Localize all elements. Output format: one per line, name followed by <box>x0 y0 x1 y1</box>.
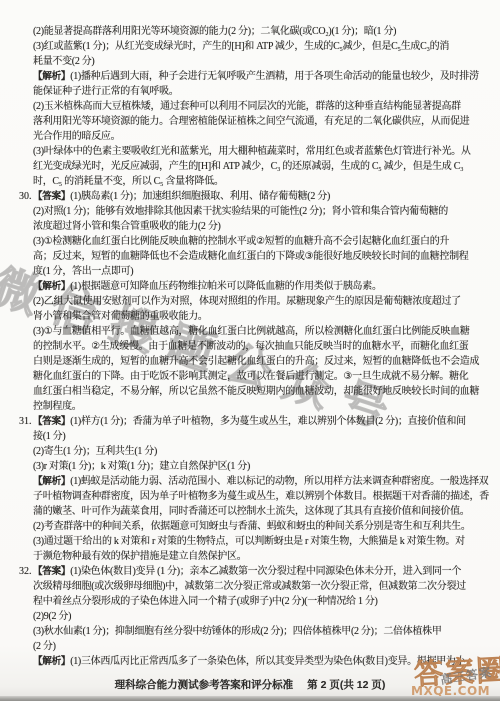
line-text: 于濒危物种最有效的保护措施是建立自然保护区。 <box>33 551 246 562</box>
text-line: 【解析】(1)根据题意可知降血压药物维拉帕米可以降低血糖的作用类似于胰岛素。 <box>0 279 500 294</box>
bold-section-marker: 【答案】 <box>33 191 70 202</box>
line-text: 高；反过来，短暂的血糖降低也不会造成糖化血红蛋白的下降或③能很好地反映较长时间的… <box>33 251 468 262</box>
text-line: (2)考查群落中的种间关系，依据题意可知蚜虫与香蒲、蚂蚁和蚜虫的种间关系分别是寄… <box>0 519 500 534</box>
bold-section-marker: 【解析】 <box>33 656 70 667</box>
line-text: (1)三体西瓜丙比正常西瓜多了一条染色体，所以其变异类型为染色体(数目)变异。根… <box>70 656 465 667</box>
footer-title: 理科综合能力测试参考答案和评分标准 <box>115 679 294 691</box>
text-line: (2)寄生(1 分)；互利共生(1 分) <box>0 444 500 459</box>
line-text: 光合作用的暗反应。 <box>33 131 120 142</box>
text-line: (3)①与血糖值相平行。血糖值越高，糖化血红蛋白比例就越高，所以检测糖化血红蛋白… <box>0 324 500 339</box>
line-text: (3)①检测糖化血红蛋白比例能反映血糖的控制水平或②短暂的血糖升高不会引起糖化血… <box>33 236 449 247</box>
line-text: 接(1 分) <box>33 431 65 442</box>
line-text: (3)秋水仙素(1 分)；抑制细胞有丝分裂中纺锤体的形成(2 分)；四倍体植株甲… <box>33 626 442 637</box>
answer-item-number: 31. <box>19 414 32 429</box>
scan-bottom-edge <box>0 696 500 701</box>
line-text: (2)对照(1 分)；能够有效地排除其他因素干扰实验结果的可能性(2 分)；肾小… <box>33 206 448 217</box>
text-line: 浓度超过肾小管和集合管重吸收的能力(2 分) <box>0 219 500 234</box>
line-text: (1)蚂蚁是活动能力弱、活动范围小、难以标记的动物，所以用样方法来调查种群密度。… <box>70 476 488 487</box>
text-line: (3)通过题干给出的 k 对策和 r 对策的生物特点，可以判断蚜虫是 r 对策生… <box>0 534 500 549</box>
text-line: 高；反过来，短暂的血糖降低也不会造成糖化血红蛋白的下降或③能很好地反映较长时间的… <box>0 249 500 264</box>
text-line: 糖化血红蛋白的下降。由于吃饭不影响其测定，故可以在餐后进行测定。③一旦生成就不易… <box>0 369 500 384</box>
text-line: 耗量不变(2 分) <box>0 54 500 69</box>
line-text: (2)乙组大鼠使用安慰剂可以作为对照，体现对照组的作用。尿糖现象产生的原因是葡萄… <box>33 296 461 307</box>
line-text: (1)播种后遇到大雨，种子会进行无氧呼吸产生酒精，用于各项生命活动的能量也较少，… <box>70 71 478 82</box>
line-text: (3)①与血糖值相平行。血糖值越高，糖化血红蛋白比例就越高，所以检测糖化血红蛋白… <box>33 326 470 337</box>
text-line: 时，C₅ 的消耗量不变，所以 C₅ 含量将降低。 <box>0 174 500 189</box>
line-text: (2 分) <box>33 641 56 652</box>
line-text: 次级精母细胞(或次级卵母细胞)中，减数第二次分裂正常或减数第一次分裂正常，但减数… <box>33 581 466 592</box>
answer-item-number: 30. <box>19 189 32 204</box>
text-line: 次级精母细胞(或次级卵母细胞)中，减数第二次分裂正常或减数第一次分裂正常，但减数… <box>0 579 500 594</box>
bold-section-marker: 【解析】 <box>33 71 70 82</box>
bold-section-marker: 【解析】 <box>33 476 70 487</box>
text-line: 肾小管和集合管对葡萄糖的重吸收能力。 <box>0 309 500 324</box>
line-text: (1)根据题意可知降血压药物维拉帕米可以降低血糖的作用类似于胰岛素。 <box>70 281 381 292</box>
text-line: 子叶植物调查种群密度，因为单子叶植物多为蔓生或丛生，难以辨别个体数目。根据题干对… <box>0 489 500 504</box>
content-area: (2)能显著提高群落利用阳光等环境资源的能力(2 分)；二氧化碳(或CO₂)(1… <box>0 24 500 669</box>
line-text: (2)能显著提高群落利用阳光等环境资源的能力(2 分)；二氧化碳(或CO₂)(1… <box>33 26 396 37</box>
text-line: 31.【答案】(1)样方(1 分)；香蒲为单子叶植物，多为蔓生或丛生，难以辨别个… <box>0 414 500 429</box>
text-line: 【解析】(1)蚂蚁是活动能力弱、活动范围小、难以标记的动物，所以用样方法来调查种… <box>0 474 500 489</box>
text-line: 血红蛋白相当稳定，不易分解，所以它虽然不能反映短期内的血糖波动，却能很好地反映较… <box>0 384 500 399</box>
text-line: 白则是逐渐生成的，短暂的血糖升高不会引起糖化血红蛋白的升高；反过来，短暂的血糖降… <box>0 354 500 369</box>
line-text: (2)9(2 分) <box>33 611 71 622</box>
text-line: (3)r 对策(1 分)；k 对策(1 分)；建立自然保护区(1 分) <box>0 459 500 474</box>
text-line: 30.【答案】(1)胰岛素(1 分)；加速组织细胞摄取、利用、储存葡萄糖(2 分… <box>0 189 500 204</box>
line-text: (2)考查群落中的种间关系，依据题意可知蚜虫与香蒲、蚂蚁和蚜虫的种间关系分别是寄… <box>33 521 471 532</box>
bold-section-marker: 【答案】 <box>33 416 70 427</box>
line-text: 血红蛋白相当稳定，不易分解，所以它虽然不能反映短期内的血糖波动，却能很好地反映较… <box>33 386 479 397</box>
line-text: (3)红或蓝紫(1 分)；从红光变成绿光时，产生的[H]和 ATP 减少，生成的… <box>33 41 449 52</box>
text-line: 光合作用的暗反应。 <box>0 129 500 144</box>
text-line: 能保证种子进行正常的有氧呼吸。 <box>0 84 500 99</box>
text-line: 度(1 分，答出一点即可) <box>0 264 500 279</box>
text-line: 32.【答案】(1)染色体(数目)变异 (1 分)；亲本乙减数第一次分裂过程中同… <box>0 564 500 579</box>
answer-item-number: 32. <box>19 564 32 579</box>
line-text: 红光变成绿光时，光反应减弱，产生的[H]和 ATP 减少，C₃ 的还原减弱，生成… <box>33 161 463 172</box>
text-line: (2)能显著提高群落利用阳光等环境资源的能力(2 分)；二氧化碳(或CO₂)(1… <box>0 24 500 39</box>
line-text: 糖化血红蛋白的下降。由于吃饭不影响其测定，故可以在餐后进行测定。③一旦生成就不易… <box>33 371 468 382</box>
scanned-answer-page: 微信搜题公众号 (2)能显著提高群落利用阳光等环境资源的能力(2 分)；二氧化碳… <box>0 0 500 701</box>
text-line: 控制程度。 <box>0 399 500 414</box>
line-text: 子叶植物调查种群密度，因为单子叶植物多为蔓生或丛生，难以辨别个体数目。根据题干对… <box>33 491 489 502</box>
bold-section-marker: 【答案】 <box>33 566 70 577</box>
line-text: 落利用阳光等环境资源的能力。合理密植能保证植株之间空气流通，有充足的二氧化碳供应… <box>33 116 470 127</box>
text-line: 的控制水平。②生成缓慢。由于血糖是不断波动的，每次抽血只能反映当时的血糖水平，而… <box>0 339 500 354</box>
text-line: 程中着丝点分裂形成的子染色体进入同一个精子(或卵子)中(2 分)(一种情况给 1… <box>0 594 500 609</box>
footer-page-number: 第 2 页(共 12 页) <box>307 679 385 691</box>
line-text: 蒲的嫩茎、叶可作为蔬菜食用，同时香蒲还可以控制水土流失，这体现了其具有直接价值和… <box>33 506 470 517</box>
line-text: (3)通过题干给出的 k 对策和 r 对策的生物特点，可以判断蚜虫是 r 对策生… <box>33 536 465 547</box>
line-text: 能保证种子进行正常的有氧呼吸。 <box>33 86 179 97</box>
line-text: (3)r 对策(1 分)；k 对策(1 分)；建立自然保护区(1 分) <box>33 461 250 472</box>
text-line: (3)①检测糖化血红蛋白比例能反映血糖的控制水平或②短暂的血糖升高不会引起糖化血… <box>0 234 500 249</box>
text-line: 接(1 分) <box>0 429 500 444</box>
line-text: 白则是逐渐生成的，短暂的血糖升高不会引起糖化血红蛋白的升高；反过来，短暂的血糖降… <box>33 356 479 367</box>
text-line: (2)乙组大鼠使用安慰剂可以作为对照，体现对照组的作用。尿糖现象产生的原因是葡萄… <box>0 294 500 309</box>
text-line: (3)秋水仙素(1 分)；抑制细胞有丝分裂中纺锤体的形成(2 分)；四倍体植株甲… <box>0 624 500 639</box>
line-text: 肾小管和集合管对葡萄糖的重吸收能力。 <box>33 311 208 322</box>
text-line: (3)红或蓝紫(1 分)；从红光变成绿光时，产生的[H]和 ATP 减少，生成的… <box>0 39 500 54</box>
text-line: (2)玉米植株高而大豆植株矮，通过套种可以利用不同层次的光能，群落的这种垂直结构… <box>0 99 500 114</box>
page-footer: 理科综合能力测试参考答案和评分标准第 2 页(共 12 页) <box>0 677 500 692</box>
text-line: 红光变成绿光时，光反应减弱，产生的[H]和 ATP 减少，C₃ 的还原减弱，生成… <box>0 159 500 174</box>
line-text: 度(1 分，答出一点即可) <box>33 266 133 277</box>
line-text: (2)寄生(1 分)；互利共生(1 分) <box>33 446 157 457</box>
text-line: 【解析】(1)播种后遇到大雨，种子会进行无氧呼吸产生酒精，用于各项生命活动的能量… <box>0 69 500 84</box>
line-text: 控制程度。 <box>33 401 82 412</box>
text-line: (2)9(2 分) <box>0 609 500 624</box>
text-line: 于濒危物种最有效的保护措施是建立自然保护区。 <box>0 549 500 564</box>
text-line: 落利用阳光等环境资源的能力。合理密植能保证植株之间空气流通，有充足的二氧化碳供应… <box>0 114 500 129</box>
line-text: 的控制水平。②生成缓慢。由于血糖是不断波动的，每次抽血只能反映当时的血糖水平，而… <box>33 341 468 352</box>
line-text: (1)样方(1 分)；香蒲为单子叶植物，多为蔓生或丛生，难以辨别个体数目(2 分… <box>70 416 466 427</box>
text-line: (2)对照(1 分)；能够有效地排除其他因素干扰实验结果的可能性(2 分)；肾小… <box>0 204 500 219</box>
line-text: 耗量不变(2 分) <box>33 56 94 67</box>
text-line: (3)叶绿体中的色素主要吸收红光和蓝紫光，用大棚种植蔬菜时，常用红色或者蓝紫色灯… <box>0 144 500 159</box>
line-text: 浓度超过肾小管和集合管重吸收的能力(2 分) <box>33 221 221 232</box>
line-text: (2)玉米植株高而大豆植株矮，通过套种可以利用不同层次的光能，群落的这种垂直结构… <box>33 101 461 112</box>
line-text: (3)叶绿体中的色素主要吸收红光和蓝紫光，用大棚种植蔬菜时，常用红色或者蓝紫色灯… <box>33 146 471 157</box>
text-line: 蒲的嫩茎、叶可作为蔬菜食用，同时香蒲还可以控制水土流失，这体现了其具有直接价值和… <box>0 504 500 519</box>
line-text: (1)胰岛素(1 分)；加速组织细胞摄取、利用、储存葡萄糖(2 分) <box>70 191 330 202</box>
line-text: 程中着丝点分裂形成的子染色体进入同一个精子(或卵子)中(2 分)(一种情况给 1… <box>33 596 378 607</box>
line-text: 时，C₅ 的消耗量不变，所以 C₅ 含量将降低。 <box>33 176 224 187</box>
bold-section-marker: 【解析】 <box>33 281 70 292</box>
line-text: (1)染色体(数目)变异 (1 分)；亲本乙减数第一次分裂过程中同源染色体未分开… <box>70 566 461 577</box>
